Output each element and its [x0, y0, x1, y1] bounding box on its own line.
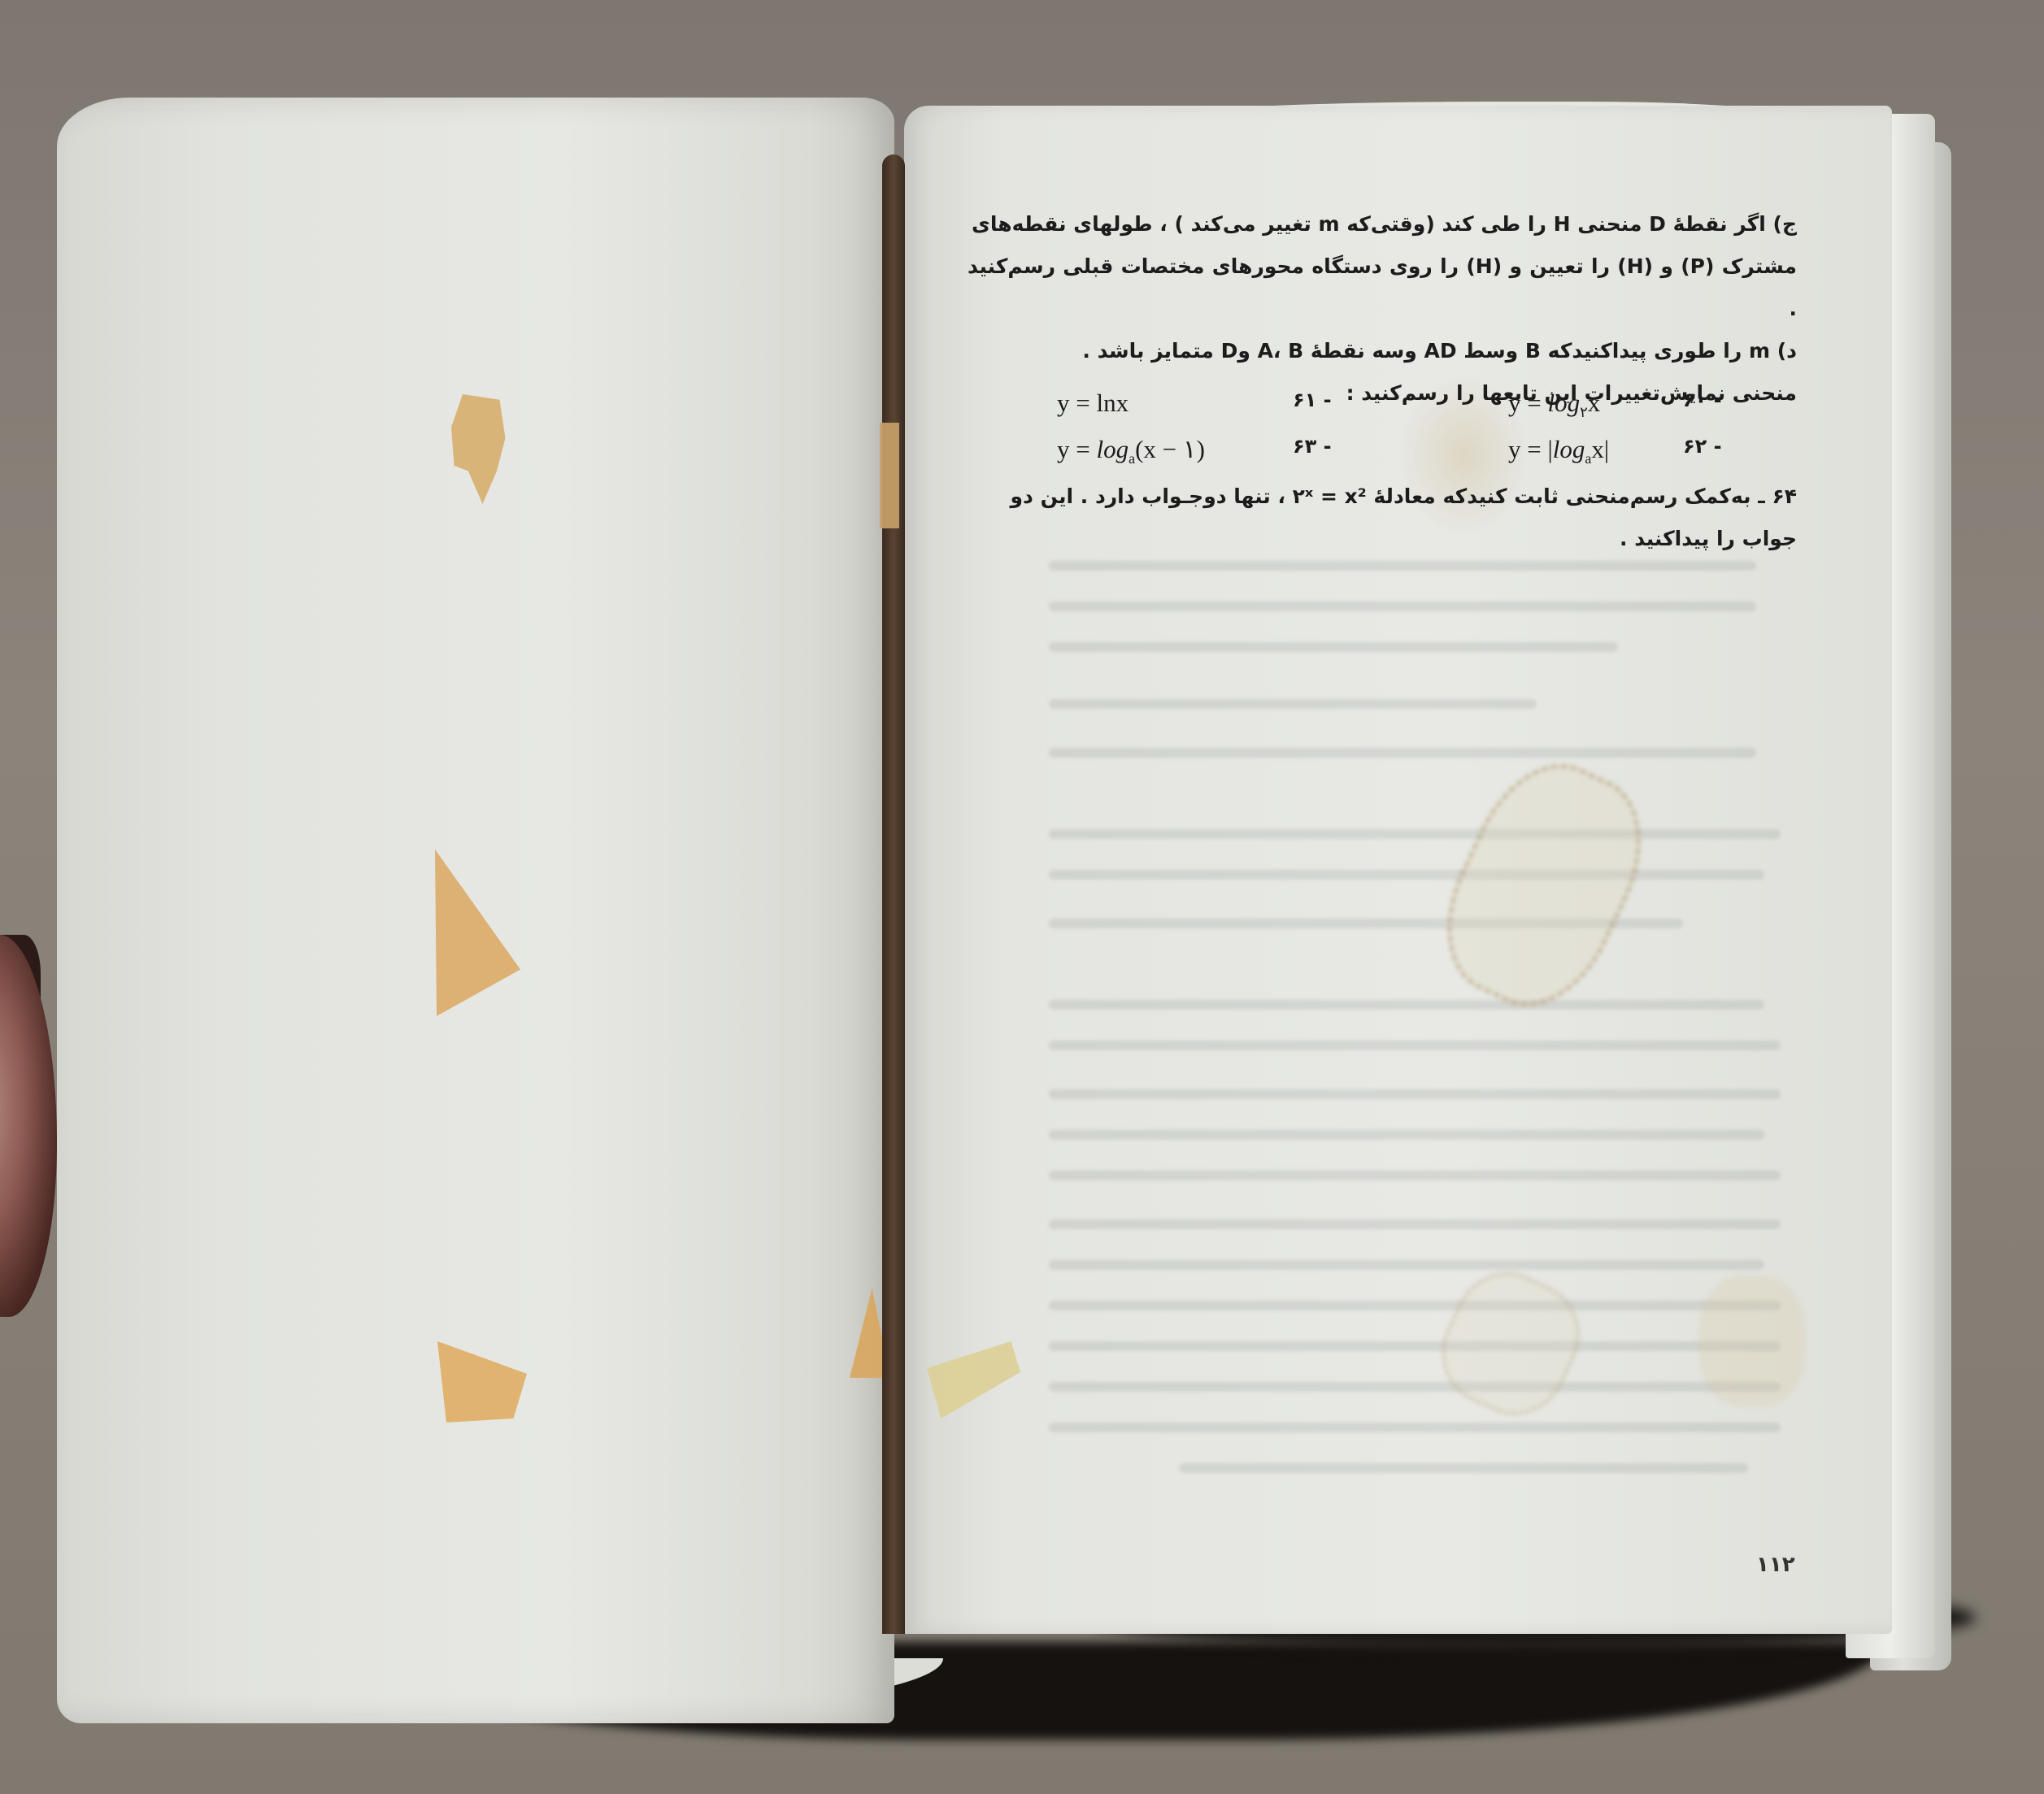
exercise-64: ۶۴ ـ به‌کمک رسم‌منحنی ثابت کنیدکه معادله… [968, 476, 1797, 560]
exercise-row-60-61: y = lnx - ۶۱ y = log۲x - ۶۰ [1057, 389, 1764, 429]
exercise-64-line2: جواب را پیداکنید . [968, 518, 1797, 560]
page-text: ج) اگر نقطهٔ D منحنی H را طی کند (وقتی‌ک… [968, 203, 1797, 415]
exercise-62-formula: y = |logax| [1508, 435, 1609, 467]
part-c-line2: مشترک (P) و (H) را تعیین و (H) را روی دس… [968, 245, 1797, 330]
page-number: ۱۱۲ [1756, 1553, 1795, 1577]
tape-residue [880, 423, 899, 528]
part-d-line1: د) m را طوری پیداکنیدکه B وسط AD وسه نقط… [968, 330, 1797, 372]
part-c-line1: ج) اگر نقطهٔ D منحنی H را طی کند (وقتی‌ک… [968, 203, 1797, 245]
book-spine [882, 154, 905, 1634]
exercise-row-62-63: y = loga(x − ۱) - ۶۳ y = |logax| - ۶۲ [1057, 435, 1764, 476]
exercise-60-number: - ۶۰ [1683, 389, 1722, 411]
stain [1699, 1276, 1805, 1406]
exercise-61-number: - ۶۱ [1293, 389, 1332, 411]
exercise-63-formula: y = loga(x − ۱) [1057, 435, 1205, 467]
exercise-60-formula: y = log۲x [1508, 389, 1600, 421]
exercise-61-formula: y = lnx [1057, 389, 1129, 418]
exercise-63-number: - ۶۳ [1293, 435, 1332, 458]
exercise-64-line1: ۶۴ ـ به‌کمک رسم‌منحنی ثابت کنیدکه معادله… [968, 476, 1797, 518]
thumb [0, 935, 57, 1317]
exercise-62-number: - ۶۲ [1683, 435, 1722, 458]
